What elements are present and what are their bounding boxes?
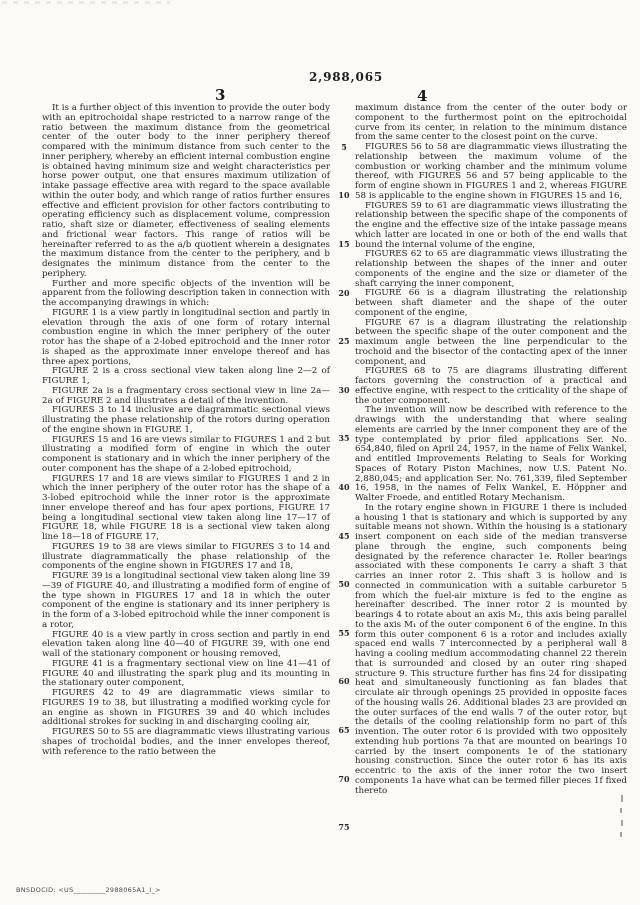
patent-number: 2,988,065 bbox=[300, 70, 392, 84]
scan-artifact bbox=[621, 795, 623, 802]
scan-artifact bbox=[615, 350, 617, 352]
scan-artifact bbox=[620, 700, 622, 706]
scan-artifact bbox=[2, 1, 170, 4]
line-number: 70 bbox=[333, 774, 355, 784]
column-number-left: 3 bbox=[215, 86, 225, 104]
paragraph: FIGURES 3 to 14 inclusive are diagrammat… bbox=[42, 406, 330, 435]
paragraph: FIGURE 40 is a view partly in cross sect… bbox=[42, 631, 330, 660]
paragraph: FIGURE 2 is a cross sectional view taken… bbox=[42, 367, 330, 387]
paragraph: In the rotary engine shown in FIGURE 1 t… bbox=[355, 504, 627, 797]
paragraph: FIGURE 67 is a diagram illustrating the … bbox=[355, 319, 627, 368]
line-number: 25 bbox=[333, 336, 355, 346]
line-number: 50 bbox=[333, 579, 355, 589]
text-column-right: maximum distance from the center of the … bbox=[355, 104, 627, 796]
line-number: 30 bbox=[333, 385, 355, 395]
paragraph: FIGURES 56 to 58 are diagrammatic views … bbox=[355, 143, 627, 202]
scan-artifact bbox=[620, 728, 622, 734]
line-number: 20 bbox=[333, 288, 355, 298]
paragraph: FIGURE 66 is a diagram illustrating the … bbox=[355, 289, 627, 318]
scan-artifact bbox=[621, 820, 623, 826]
line-number: 45 bbox=[333, 531, 355, 541]
scan-artifact bbox=[620, 808, 622, 813]
scan-artifact bbox=[604, 226, 606, 228]
line-number: 10 bbox=[333, 190, 355, 200]
paragraph: FIGURES 59 to 61 are diagrammatic views … bbox=[355, 202, 627, 251]
text-column-left: It is a further object of this invention… bbox=[42, 104, 330, 757]
paragraph: FIGURES 19 to 38 are views similar to FI… bbox=[42, 543, 330, 572]
scan-artifact bbox=[620, 832, 622, 837]
paragraph: maximum distance from the center of the … bbox=[355, 104, 627, 143]
line-number: 60 bbox=[333, 676, 355, 686]
line-number: 75 bbox=[333, 822, 355, 832]
paragraph: The invention will now be described with… bbox=[355, 406, 627, 504]
line-number: 65 bbox=[333, 725, 355, 735]
paragraph: FIGURE 39 is a longitudinal sectional vi… bbox=[42, 572, 330, 631]
paragraph: FIGURE 41 is a fragmentary sectional vie… bbox=[42, 660, 330, 689]
paragraph: FIGURES 62 to 65 are diagrammatic views … bbox=[355, 250, 627, 289]
scan-artifact bbox=[621, 714, 623, 719]
paragraph: FIGURE 1 is a view partly in longitudina… bbox=[42, 309, 330, 368]
paragraph: FIGURES 15 and 16 are views similar to F… bbox=[42, 436, 330, 475]
line-number: 55 bbox=[333, 628, 355, 638]
line-number: 5 bbox=[333, 142, 355, 152]
line-number: 40 bbox=[333, 482, 355, 492]
patent-page: 2,988,065 3 4 It is a further object of … bbox=[0, 0, 640, 905]
paragraph: FIGURE 2a is a fragmentary cross section… bbox=[42, 387, 330, 407]
paragraph: Further and more specific objects of the… bbox=[42, 280, 330, 309]
paragraph: FIGURES 68 to 75 are diagrams illustrati… bbox=[355, 367, 627, 406]
paragraph: FIGURES 17 and 18 are views similar to F… bbox=[42, 475, 330, 543]
docid-label: BNSDOCID: <US_________2988065A1_I_> bbox=[16, 886, 161, 894]
paragraph: It is a further object of this invention… bbox=[42, 104, 330, 280]
paragraph: FIGURES 50 to 55 are diagrammatic views … bbox=[42, 728, 330, 757]
line-number: 15 bbox=[333, 239, 355, 249]
paragraph: FIGURES 42 to 49 are diagrammatic views … bbox=[42, 689, 330, 728]
line-number: 35 bbox=[333, 433, 355, 443]
